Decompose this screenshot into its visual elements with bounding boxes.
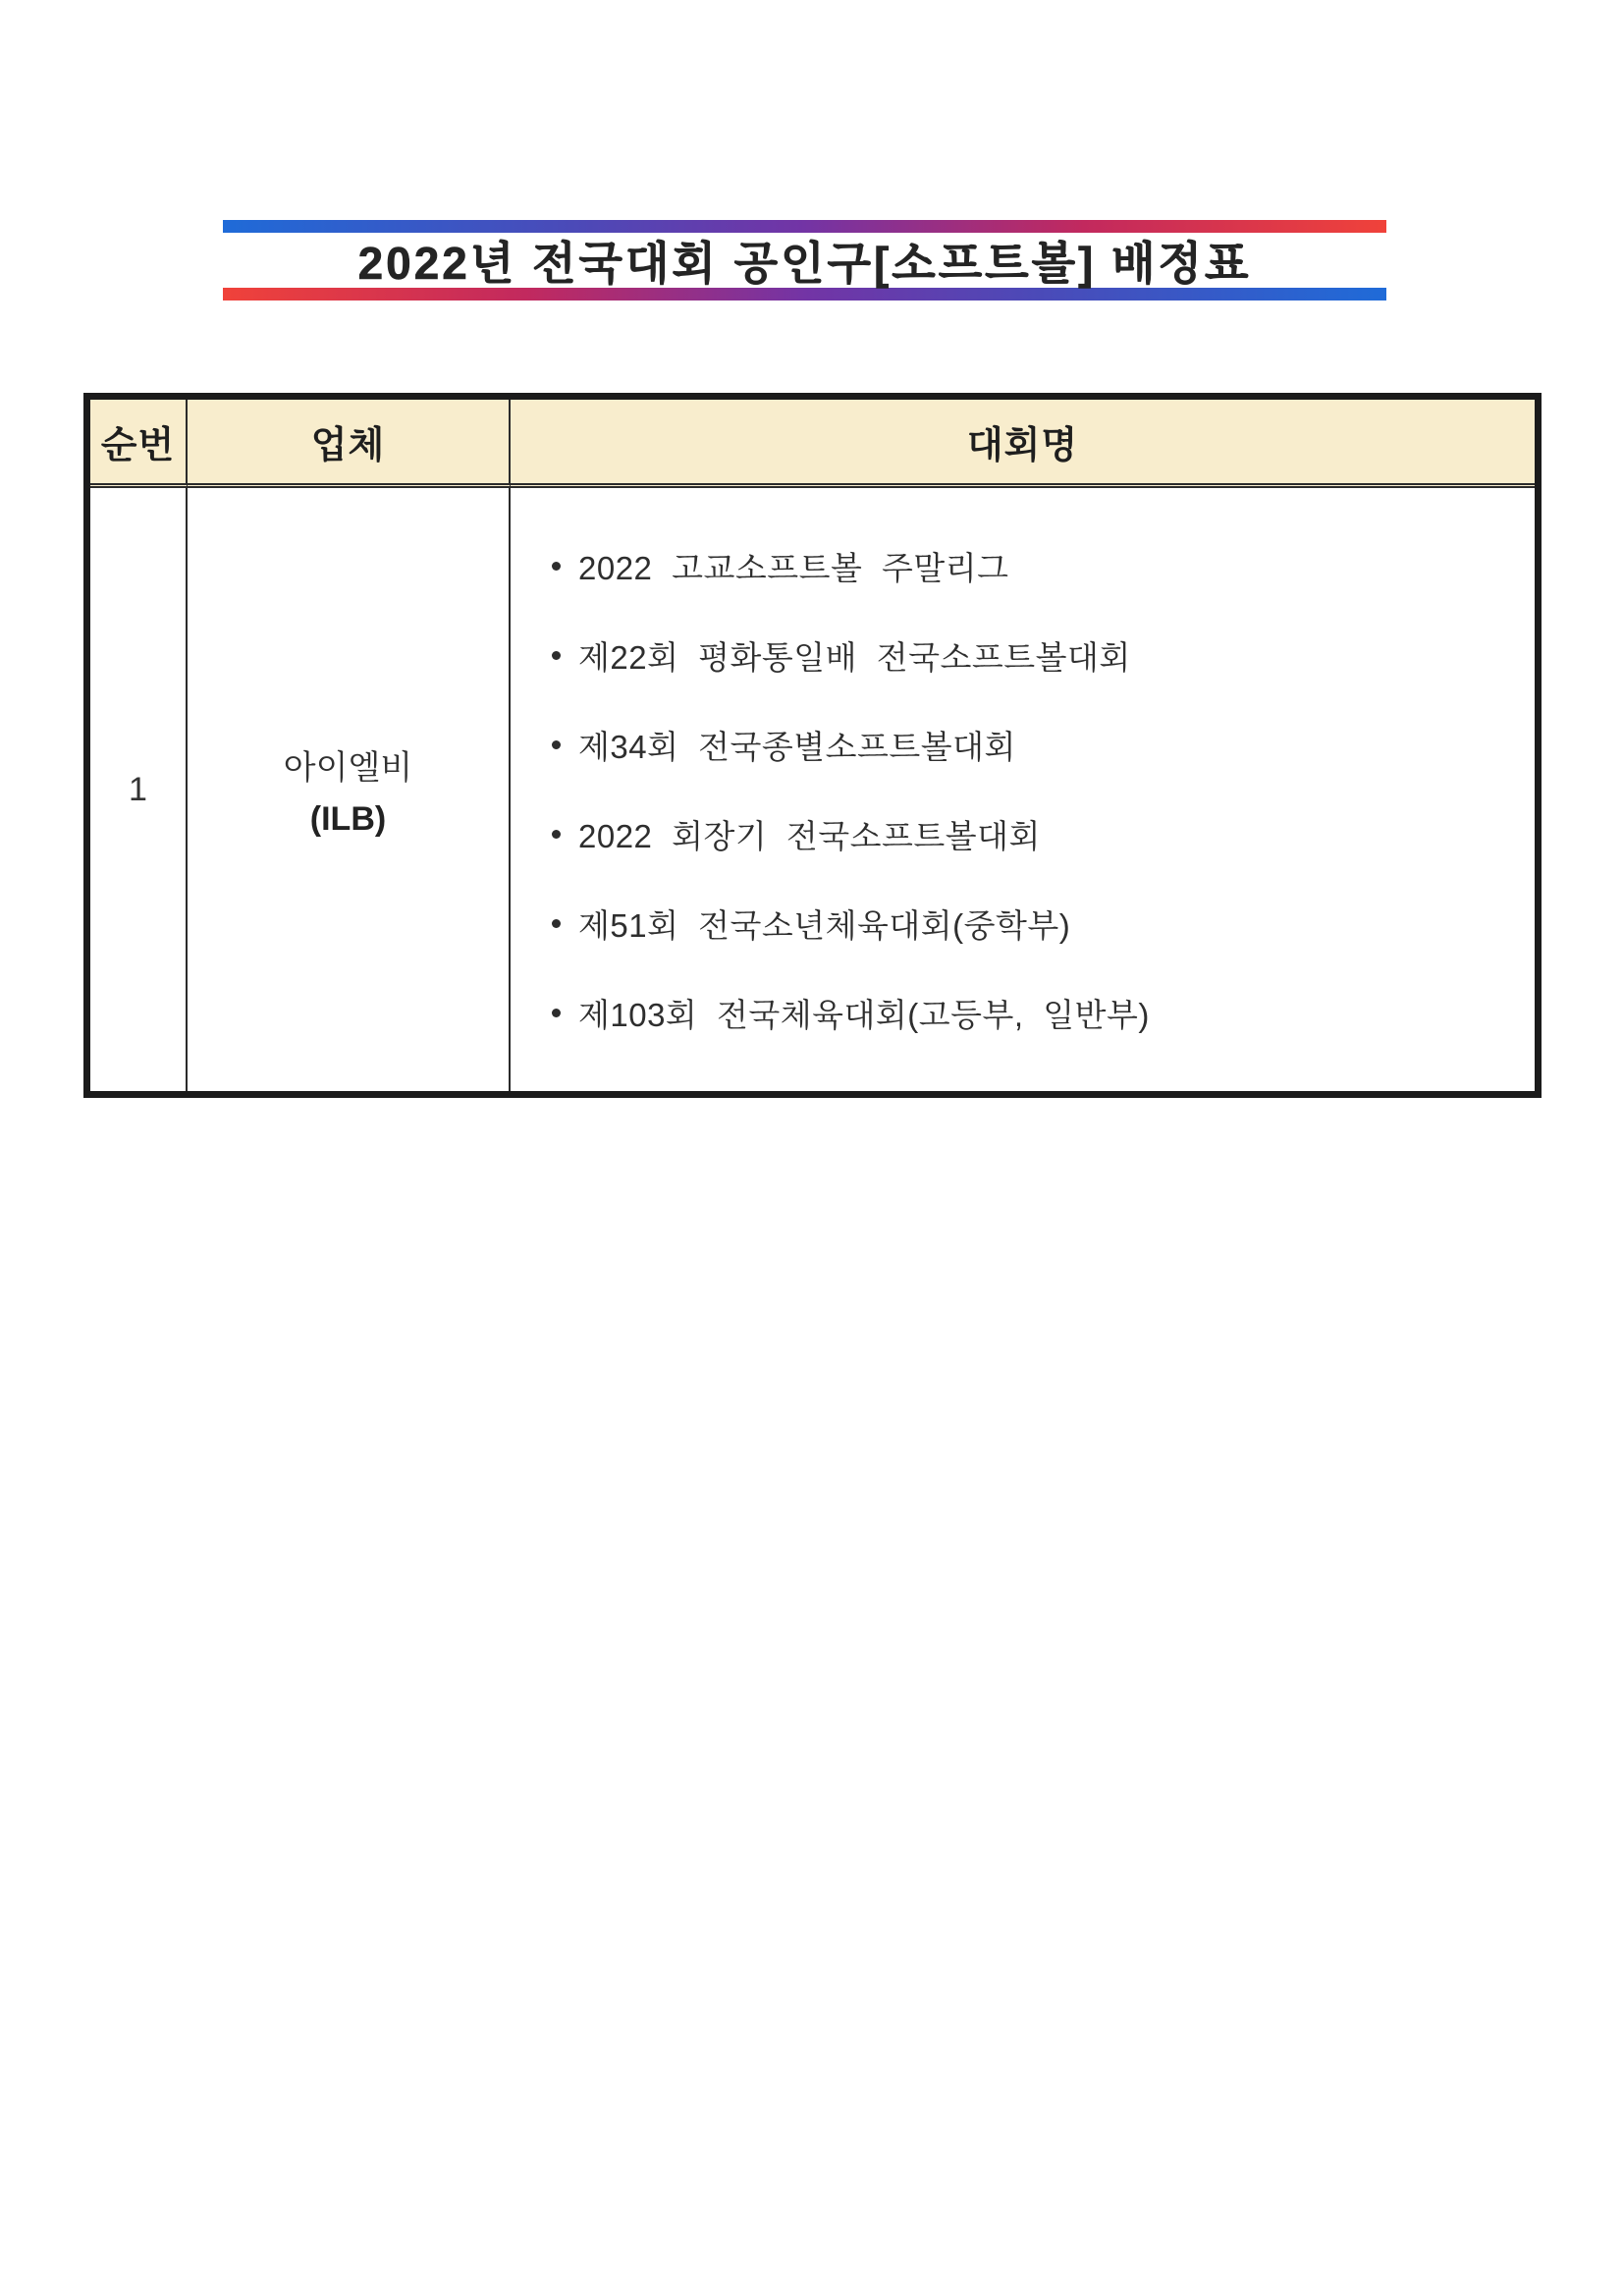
list-item: 제22회 평화통일배 전국소프트볼대회 [552,632,1150,679]
list-item: 제51회 전국소년체육대회(중학부) [552,901,1150,947]
bullet-icon [552,919,561,928]
document-title-block: 2022년 전국대회 공인구[소프트볼] 배정표 [223,220,1386,301]
bullet-icon [552,562,561,571]
scanned-document-page: 2022년 전국대회 공인구[소프트볼] 배정표 순번 업체 대회명 1 아이엘… [0,0,1623,2296]
competition-list: 2022 고교소프트볼 주말리그 제22회 평화통일배 전국소프트볼대회 제34… [552,543,1150,1036]
competition-name: 제34회 전국종별소프트볼대회 [578,722,1016,768]
column-header-no: 순번 [90,400,188,488]
list-item: 2022 회장기 전국소프트볼대회 [552,811,1150,857]
competition-list-cell: 2022 고교소프트볼 주말리그 제22회 평화통일배 전국소프트볼대회 제34… [511,488,1535,1091]
allocation-table: 순번 업체 대회명 1 아이엘비 (ILB) 2022 고교소프트볼 주말리그 … [83,393,1542,1098]
competition-name: 2022 회장기 전국소프트볼대회 [578,811,1041,857]
list-item: 제34회 전국종별소프트볼대회 [552,722,1150,768]
bullet-icon [552,651,561,660]
competition-name: 2022 고교소프트볼 주말리그 [578,543,1009,589]
column-header-company: 업체 [188,400,511,488]
competition-name: 제22회 평화통일배 전국소프트볼대회 [578,632,1131,679]
bullet-icon [552,830,561,839]
competition-name: 제51회 전국소년체육대회(중학부) [578,901,1070,947]
document-title: 2022년 전국대회 공인구[소프트볼] 배정표 [223,233,1386,288]
row-number-cell: 1 [90,488,188,1091]
bullet-icon [552,740,561,749]
company-code: (ILB) [310,800,386,839]
list-item: 2022 고교소프트볼 주말리그 [552,543,1150,589]
competition-name: 제103회 전국체육대회(고등부, 일반부) [578,990,1150,1036]
company-cell: 아이엘비 (ILB) [188,488,511,1091]
bullet-icon [552,1009,561,1017]
list-item: 제103회 전국체육대회(고등부, 일반부) [552,990,1150,1036]
row-number: 1 [129,771,147,809]
column-header-competition: 대회명 [511,400,1535,488]
company-name: 아이엘비 [284,740,412,789]
